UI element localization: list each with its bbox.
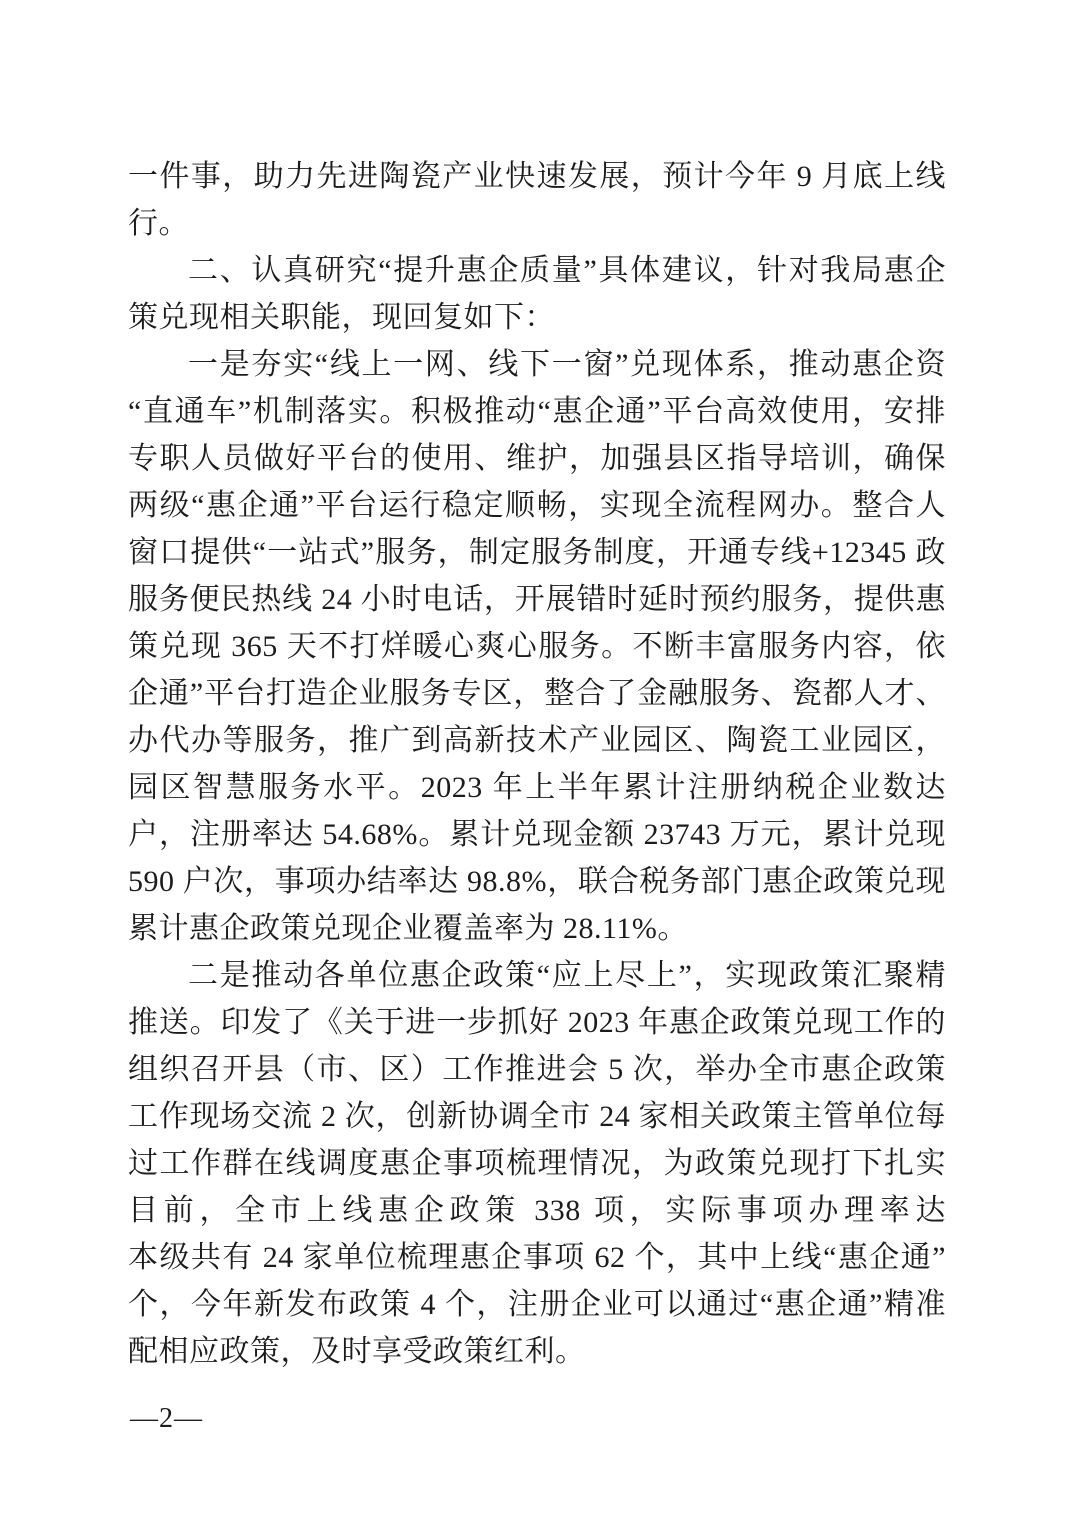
text-line: 个，今年新发布政策 4 个，注册企业可以通过“惠企通”精准匹: [128, 1281, 946, 1328]
page-number: —2—: [130, 1402, 203, 1436]
text-line: 园区智慧服务水平。2023 年上半年累计注册纳税企业数达 42335: [128, 764, 946, 811]
text-line: 服务便民热线 24 小时电话，开展错时延时预约服务，提供惠企政: [128, 576, 946, 623]
text-line: 两级“惠企通”平台运行稳定顺畅，实现全流程网办。整合人员: [128, 482, 946, 529]
text-line: 窗口提供“一站式”服务，制定服务制度，开通专线+12345 政务: [128, 529, 946, 576]
text-line: 目前，全市上线惠企政策 338 项，实际事项办理率达 23.96%，市: [128, 1187, 946, 1234]
text-line: 推送。印发了《关于进一步抓好 2023 年惠企政策兑现工作的通知》，: [128, 999, 946, 1046]
text-line: 二、认真研究“提升惠企质量”具体建议，针对我局惠企政: [128, 247, 946, 294]
text-line: 过工作群在线调度惠企事项梳理情况，为政策兑现打下扎实基础。: [128, 1140, 946, 1187]
text-line: 本级共有 24 家单位梳理惠企事项 62 个，其中上线“惠企通”46: [128, 1234, 946, 1281]
document-body: 一件事，助力先进陶瓷产业快速发展，预计今年 9 月底上线试运 行。 二、认真研究…: [128, 153, 946, 1375]
text-line: 专职人员做好平台的使用、维护，加强县区指导培训，确保市县: [128, 435, 946, 482]
text-line: 590 户次，事项办结率达 98.8%，联合税务部门惠企政策兑现数据，: [128, 858, 946, 905]
text-line: 策兑现相关职能，现回复如下：: [128, 294, 946, 341]
text-line: 二是推动各单位惠企政策“应上尽上”，实现政策汇聚精准: [128, 952, 946, 999]
text-line: 配相应政策，及时享受政策红利。: [128, 1328, 946, 1375]
text-line: 累计惠企政策兑现企业覆盖率为 28.11%。: [128, 905, 946, 952]
text-line: 工作现场交流 2 次，创新协调全市 24 家相关政策主管单位每月通: [128, 1093, 946, 1140]
text-line: 户，注册率达 54.68%。累计兑现金额 23743 万元，累计兑现企业: [128, 811, 946, 858]
text-line: 一是夯实“线上一网、线下一窗”兑现体系，推动惠企资金: [128, 341, 946, 388]
text-line: “直通车”机制落实。积极推动“惠企通”平台高效使用，安排: [128, 388, 946, 435]
text-line: 组织召开县（市、区）工作推进会 5 次，举办全市惠企政策兑现: [128, 1046, 946, 1093]
text-line: 行。: [128, 200, 946, 247]
text-line: 办代办等服务，推广到高新技术产业园区、陶瓷工业园区，提升: [128, 717, 946, 764]
document-page: 一件事，助力先进陶瓷产业快速发展，预计今年 9 月底上线试运 行。 二、认真研究…: [0, 0, 1074, 1520]
text-line: 企通”平台打造企业服务专区，整合了金融服务、瓷都人才、帮: [128, 670, 946, 717]
text-line: 策兑现 365 天不打烊暖心爽心服务。不断丰富服务内容，依托“惠: [128, 623, 946, 670]
text-line: 一件事，助力先进陶瓷产业快速发展，预计今年 9 月底上线试运: [128, 153, 946, 200]
